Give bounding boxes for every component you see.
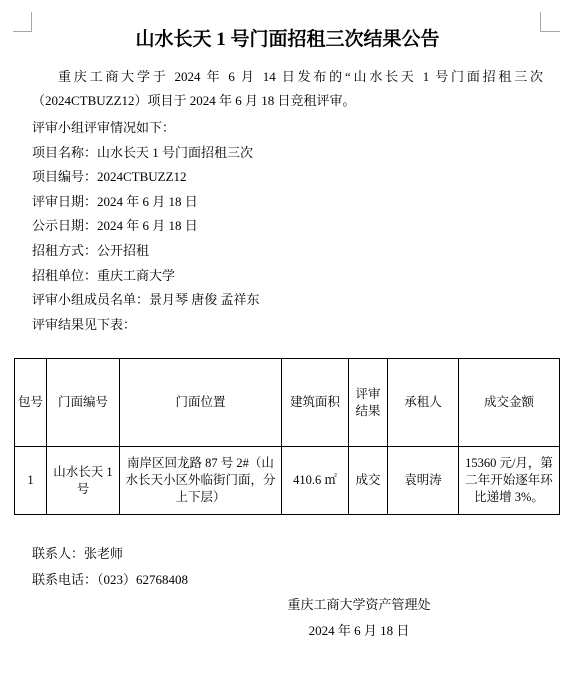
info-line-publicity-date: 公示日期：2024 年 6 月 18 日: [32, 214, 543, 239]
header-cell-shop-number: 门面编号: [47, 359, 120, 447]
intro-paragraph: 重庆工商大学于 2024 年 6 月 14 日发布的“山水长天 1 号门面招租三…: [32, 65, 543, 112]
info-line-review-intro: 评审小组评审情况如下：: [32, 116, 543, 141]
contact-phone: 联系电话：（023）62768408: [32, 567, 543, 592]
cell-lessee: 袁明涛: [388, 447, 459, 515]
crop-mark-top-right-icon: [541, 31, 560, 32]
info-line-project-number: 项目编号：2024CTBUZZ12: [32, 165, 543, 190]
info-line-project-name: 项目名称：山水长天 1 号门面招租三次: [32, 141, 543, 166]
info-line-rental-unit: 招租单位：重庆工商大学: [32, 264, 543, 289]
header-cell-floor-area: 建筑面积: [282, 359, 349, 447]
cell-review-result: 成交: [349, 447, 388, 515]
info-line-panel-members: 评审小组成员名单：景月琴 唐俊 孟祥东: [32, 288, 543, 313]
header-cell-deal-amount: 成交金额: [459, 359, 560, 447]
table-row: 1 山水长天 1 号 南岸区回龙路 87 号 2#（山水长天小区外临街门面，分上…: [15, 447, 560, 515]
header-cell-lessee: 承租人: [388, 359, 459, 447]
header-cell-package-no: 包号: [15, 359, 47, 447]
info-line-review-date: 评审日期：2024 年 6 月 18 日: [32, 190, 543, 215]
info-line-rental-method: 招租方式：公开招租: [32, 239, 543, 264]
crop-mark-top-left-icon: [13, 31, 32, 32]
signature-org: 重庆工商大学资产管理处: [32, 592, 543, 617]
table-header-row: 包号 门面编号 门面位置 建筑面积 评审结果 承租人 成交金额: [15, 359, 560, 447]
footer-block: 联系人：张老师 联系电话：（023）62768408 重庆工商大学资产管理处 2…: [32, 541, 543, 643]
cell-package-no: 1: [15, 447, 47, 515]
document-page: 山水长天 1 号门面招租三次结果公告 重庆工商大学于 2024 年 6 月 14…: [32, 0, 543, 643]
contact-person: 联系人：张老师: [32, 541, 543, 566]
cell-floor-area: 410.6 ㎡: [282, 447, 349, 515]
info-line-result-note: 评审结果见下表：: [32, 313, 543, 338]
info-block: 评审小组评审情况如下： 项目名称：山水长天 1 号门面招租三次 项目编号：202…: [32, 116, 543, 337]
cell-shop-number: 山水长天 1 号: [47, 447, 120, 515]
cell-shop-location: 南岸区回龙路 87 号 2#（山水长天小区外临街门面，分上下层）: [120, 447, 282, 515]
results-table: 包号 门面编号 门面位置 建筑面积 评审结果 承租人 成交金额 1 山水长天 1…: [14, 358, 560, 515]
cell-deal-amount: 15360 元/月，第二年开始逐年环比递增 3%。: [459, 447, 560, 515]
header-cell-shop-location: 门面位置: [120, 359, 282, 447]
page-title: 山水长天 1 号门面招租三次结果公告: [32, 28, 543, 52]
header-cell-review-result: 评审结果: [349, 359, 388, 447]
signature-date: 2024 年 6 月 18 日: [32, 618, 543, 643]
